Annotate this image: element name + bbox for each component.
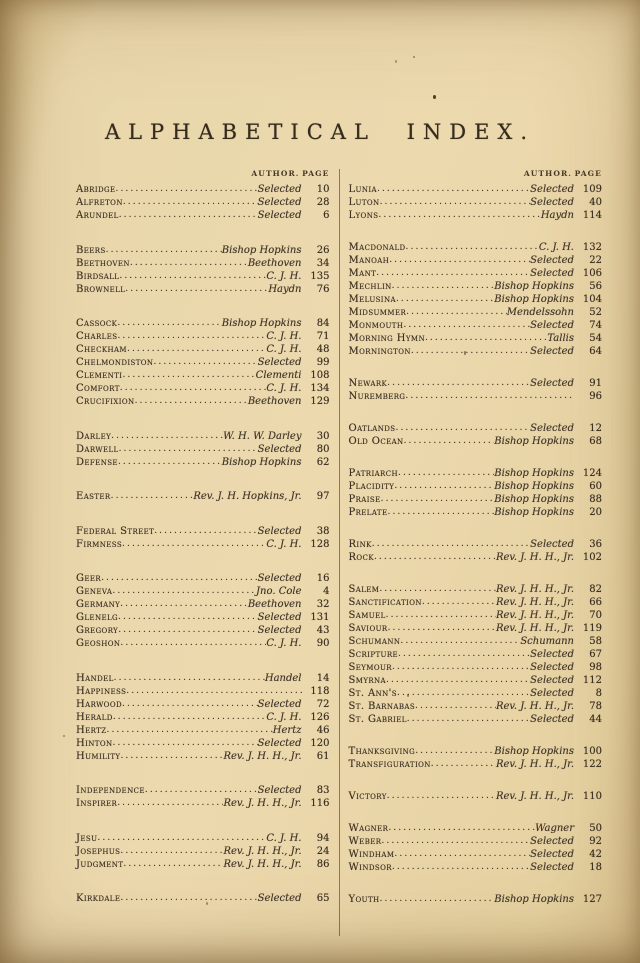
index-entry-row: ScriptureSelected67 <box>349 648 603 661</box>
author-name: Rev. J. H. H., Jr. <box>496 622 574 635</box>
author-name: Rev. J. H. H., Jr. <box>496 790 574 803</box>
tune-name: Youth <box>349 893 380 906</box>
tune-name: Salem <box>349 583 380 596</box>
index-entry-row: GeoshonC. J. H.90 <box>76 637 330 650</box>
tune-name: Rock <box>349 551 374 564</box>
tune-name: Patriarch <box>349 467 399 480</box>
author-name: Selected <box>530 861 574 874</box>
index-group: Federal StreetSelected38FirmnessC. J. H.… <box>76 525 330 551</box>
dot-leader <box>135 395 248 408</box>
dot-leader <box>120 382 267 395</box>
author-name: Selected <box>530 687 574 700</box>
index-entry-row: IndependenceSelected83 <box>76 784 330 797</box>
index-entry-row: SmyrnaSelected112 <box>349 674 603 687</box>
index-entry-row: MantSelected106 <box>349 267 603 280</box>
dot-leader <box>118 456 222 469</box>
tune-name: Happiness <box>76 685 126 698</box>
author-name: Selected <box>530 345 574 358</box>
index-entry-row: NewarkSelected91 <box>349 377 603 390</box>
author-name: Rev. J. H. H., Jr. <box>496 700 574 713</box>
dot-leader <box>101 572 258 585</box>
page-number: 20 <box>578 506 602 519</box>
index-entry-row: EasterRev. J. H. Hopkins, Jr.97 <box>76 490 330 503</box>
tune-name: Manoah <box>349 254 390 267</box>
tune-name: Melusina <box>349 293 396 306</box>
index-entry-row: SeymourSelected98 <box>349 661 603 674</box>
author-name: Schumann <box>520 635 574 648</box>
tune-name: Praise <box>349 493 381 506</box>
author-name: Selected <box>258 892 302 905</box>
dot-leader <box>394 480 494 493</box>
author-column-header: AUTHOR. <box>524 169 572 178</box>
page-number: 44 <box>578 713 602 726</box>
tune-name: Geneva <box>76 585 112 598</box>
dot-leader <box>386 674 530 687</box>
dot-leader <box>112 585 256 598</box>
tune-name: Weber <box>349 835 382 848</box>
index-group: YouthBishop Hopkins127 <box>349 893 603 906</box>
dot-leader <box>422 596 496 609</box>
scan-speck <box>413 56 415 58</box>
index-entry-row: BrownellHaydn76 <box>76 283 330 296</box>
tune-name: Arundel <box>76 209 119 222</box>
entry-groups: LuniaSelected109LutonSelected40LyonsHayd… <box>349 183 603 906</box>
index-entry-row: CrucifixionBeethoven129 <box>76 395 330 408</box>
tune-name: Brownell <box>76 283 125 296</box>
tune-name: Sanctification <box>349 596 422 609</box>
tune-name: Mechlin <box>349 280 392 293</box>
author-name: Selected <box>530 267 574 280</box>
dot-leader <box>113 711 267 724</box>
tune-name: Checkham <box>76 343 127 356</box>
tune-name: Schumann <box>349 635 401 648</box>
tune-name: Lunia <box>349 183 378 196</box>
page-number: 135 <box>306 270 330 283</box>
page-number: 97 <box>306 490 330 503</box>
index-entry-row: SchumannSchumann58 <box>349 635 603 648</box>
index-entry-row: HumilityRev. J. H. H., Jr.61 <box>76 750 330 763</box>
tune-name: Clementi <box>76 369 122 382</box>
page-number: 56 <box>578 280 602 293</box>
page-number: 58 <box>578 635 602 648</box>
dot-leader <box>153 356 257 369</box>
index-group: EasterRev. J. H. Hopkins, Jr.97 <box>76 490 330 503</box>
page-number: 40 <box>578 196 602 209</box>
index-group: DarleyW. H. W. Darley30DarwellSelected80… <box>76 430 330 469</box>
page-number: 24 <box>306 845 330 858</box>
page-number: 94 <box>306 832 330 845</box>
tune-name: Mornington <box>349 345 411 358</box>
dot-leader <box>116 183 258 196</box>
tune-name: Defense <box>76 456 118 469</box>
page-number: 76 <box>306 283 330 296</box>
author-name: Selected <box>258 183 302 196</box>
tune-name: Lyons <box>349 209 379 222</box>
tune-name: Federal Street <box>76 525 154 538</box>
index-entry-row: KirkdaleSelected65 <box>76 892 330 905</box>
dot-leader <box>406 241 539 254</box>
page-number: 109 <box>578 183 602 196</box>
dot-leader <box>119 443 258 456</box>
index-entry-row: GlenelgSelected131 <box>76 611 330 624</box>
index-entry-row: Federal StreetSelected38 <box>76 525 330 538</box>
index-entry-row: BeersBishop Hopkins26 <box>76 244 330 257</box>
entry-groups: AbridgeSelected10AlfretonSelected28Arund… <box>76 183 330 905</box>
author-name: Selected <box>530 648 574 661</box>
page-number: 42 <box>578 848 602 861</box>
page-number: 84 <box>306 317 330 330</box>
index-entry-row: SalemRev. J. H. H., Jr.82 <box>349 583 603 596</box>
tune-name: Transfiguration <box>349 758 431 771</box>
dot-leader <box>120 892 257 905</box>
index-entry-row: WindsorSelected18 <box>349 861 603 874</box>
dot-leader <box>119 270 266 283</box>
page-number: 114 <box>578 209 602 222</box>
dot-leader <box>120 637 266 650</box>
dot-leader <box>380 196 531 209</box>
dot-leader <box>407 713 530 726</box>
index-group: ThanksgivingBishop Hopkins100Transfigura… <box>349 745 603 771</box>
tune-name: Germany <box>76 598 120 611</box>
tune-name: Old Ocean <box>349 435 404 448</box>
page-number: 83 <box>306 784 330 797</box>
author-name: Rev. J. H. H., Jr. <box>496 551 574 564</box>
dot-leader <box>126 685 301 698</box>
index-entry-row: HarwoodSelected72 <box>76 698 330 711</box>
dot-leader <box>388 822 535 835</box>
page-number: 80 <box>306 443 330 456</box>
page-number: 126 <box>306 711 330 724</box>
index-entry-row: MorningtonSelected64 <box>349 345 603 358</box>
index-entry-row: BirdsallC. J. H.135 <box>76 270 330 283</box>
author-name: Rev. J. H. H., Jr. <box>223 750 301 763</box>
page-number: 38 <box>306 525 330 538</box>
author-name: Bishop Hopkins <box>222 456 302 469</box>
index-group: VictoryRev. J. H. H., Jr.110 <box>349 790 603 803</box>
tune-name: Victory <box>349 790 387 803</box>
author-name: Selected <box>258 572 302 585</box>
tune-name: Independence <box>76 784 145 797</box>
index-entry-row: MelusinaBishop Hopkins104 <box>349 293 603 306</box>
dot-leader <box>379 583 496 596</box>
index-entry-row: GermanyBeethoven32 <box>76 598 330 611</box>
index-entry-row: St. GabrielSelected44 <box>349 713 603 726</box>
author-name: Bishop Hopkins <box>494 506 574 519</box>
page-number: 131 <box>306 611 330 624</box>
tune-name: Windsor <box>349 861 392 874</box>
page-number: 66 <box>578 596 602 609</box>
dot-leader <box>386 609 496 622</box>
index-entry-row: TransfigurationRev. J. H. H., Jr.122 <box>349 758 603 771</box>
page-number: 8 <box>578 687 602 700</box>
tune-name: Scripture <box>349 648 399 661</box>
index-entry-row: GeerSelected16 <box>76 572 330 585</box>
author-name: C. J. H. <box>266 711 301 724</box>
author-name: C. J. H. <box>266 538 301 551</box>
tune-name: Humility <box>76 750 120 763</box>
tune-name: Birdsall <box>76 270 119 283</box>
tune-name: Nuremberg <box>349 390 406 403</box>
index-group: KirkdaleSelected65 <box>76 892 330 905</box>
author-name: Mendelssohn <box>507 306 574 319</box>
index-group: CassockBishop Hopkins84CharlesC. J. H.71… <box>76 317 330 408</box>
author-name: Wagner <box>535 822 574 835</box>
tune-name: Darley <box>76 430 111 443</box>
author-name: Beethoven <box>248 257 302 270</box>
dot-leader <box>389 254 530 267</box>
tune-name: Jesu <box>76 832 97 845</box>
index-entry-row: RinkSelected36 <box>349 538 603 551</box>
index-columns: AUTHOR. PAGE AbridgeSelected10AlfretonSe… <box>0 143 640 936</box>
author-name: C. J. H. <box>266 343 301 356</box>
index-entry-row: CheckhamC. J. H.48 <box>76 343 330 356</box>
dot-leader <box>392 861 530 874</box>
index-entry-row: PlacidityBishop Hopkins60 <box>349 480 603 493</box>
index-entry-row: VictoryRev. J. H. H., Jr.110 <box>349 790 603 803</box>
tune-name: Luton <box>349 196 380 209</box>
page-number: 26 <box>306 244 330 257</box>
index-entry-row: SamuelRev. J. H. H., Jr.70 <box>349 609 603 622</box>
author-name: Beethoven <box>248 395 302 408</box>
tune-name: Handel <box>76 672 114 685</box>
dot-leader <box>106 244 222 257</box>
dot-leader <box>130 257 248 270</box>
page-number: 71 <box>306 330 330 343</box>
author-name: Clementi <box>256 369 302 382</box>
page-number: 22 <box>578 254 602 267</box>
index-group: LuniaSelected109LutonSelected40LyonsHayd… <box>349 183 603 222</box>
author-name: Selected <box>258 784 302 797</box>
dot-leader <box>380 893 495 906</box>
page-number: 119 <box>578 622 602 635</box>
dot-leader <box>374 551 496 564</box>
author-name: Selected <box>530 538 574 551</box>
page-number: 118 <box>306 685 330 698</box>
index-group: NewarkSelected91Nuremberg96 <box>349 377 603 403</box>
page-number: 106 <box>578 267 602 280</box>
page-number: 112 <box>578 674 602 687</box>
page-number: 14 <box>306 672 330 685</box>
page-number: 98 <box>578 661 602 674</box>
page-number: 62 <box>306 456 330 469</box>
index-entry-row: ChelmondistonSelected99 <box>76 356 330 369</box>
dot-leader <box>122 698 258 711</box>
page-number: 88 <box>578 493 602 506</box>
index-entry-row: HintonSelected120 <box>76 737 330 750</box>
index-entry-row: JosephusRev. J. H. H., Jr.24 <box>76 845 330 858</box>
author-name: Bishop Hopkins <box>494 745 574 758</box>
dot-leader <box>145 784 258 797</box>
dot-leader <box>119 209 258 222</box>
dot-leader <box>123 196 258 209</box>
dot-leader <box>113 737 258 750</box>
dot-leader <box>117 797 223 810</box>
page-number: 10 <box>306 183 330 196</box>
page-number: 18 <box>578 861 602 874</box>
dot-leader <box>388 622 496 635</box>
page-number: 54 <box>578 332 602 345</box>
author-name: Selected <box>258 209 302 222</box>
dot-leader <box>396 293 494 306</box>
dot-leader <box>120 750 223 763</box>
tune-name: Rink <box>349 538 372 551</box>
page-number: 91 <box>578 377 602 390</box>
dot-leader <box>118 611 258 624</box>
dot-leader <box>118 624 257 637</box>
index-entry-row: CharlesC. J. H.71 <box>76 330 330 343</box>
index-entry-row: ClementiClementi108 <box>76 369 330 382</box>
author-name: Selected <box>258 611 302 624</box>
tune-name: Wagner <box>349 822 389 835</box>
author-name: Selected <box>258 624 302 637</box>
author-name: Bishop Hopkins <box>494 293 574 306</box>
dot-leader <box>376 267 530 280</box>
tune-name: Seymour <box>349 661 392 674</box>
page-number: 65 <box>306 892 330 905</box>
author-name: C. J. H. <box>266 382 301 395</box>
dot-leader <box>111 430 223 443</box>
page-number: 72 <box>306 698 330 711</box>
page-number: 6 <box>306 209 330 222</box>
tune-name: Midsummer <box>349 306 407 319</box>
page-number: 50 <box>578 822 602 835</box>
author-name: Haydn <box>541 209 574 222</box>
tune-name: Morning Hymn <box>349 332 425 345</box>
page-number: 104 <box>578 293 602 306</box>
tune-name: Harwood <box>76 698 122 711</box>
author-name: Jno. Cole <box>256 585 301 598</box>
author-name: C. J. H. <box>266 832 301 845</box>
dot-leader <box>395 422 530 435</box>
scan-speck <box>63 735 65 737</box>
page-number: 74 <box>578 319 602 332</box>
author-name: Selected <box>530 674 574 687</box>
tune-name: Comfort <box>76 382 120 395</box>
page-number: 102 <box>578 551 602 564</box>
index-column-left: AUTHOR. PAGE AbridgeSelected10AlfretonSe… <box>76 169 339 936</box>
index-group: BeersBishop Hopkins26BeethovenBeethoven3… <box>76 244 330 296</box>
tune-name: St. Gabriel <box>349 713 407 726</box>
tune-name: Inspirer <box>76 797 117 810</box>
index-group: OatlandsSelected12Old OceanBishop Hopkin… <box>349 422 603 448</box>
page-number: 30 <box>306 430 330 443</box>
index-entry-row: PrelateBishop Hopkins20 <box>349 506 603 519</box>
dot-leader <box>107 724 273 737</box>
author-name: Selected <box>530 319 574 332</box>
page-number: 120 <box>306 737 330 750</box>
dot-leader <box>394 848 530 861</box>
dot-leader <box>398 648 530 661</box>
page-number: 78 <box>578 700 602 713</box>
tune-name: Mant <box>349 267 377 280</box>
dot-leader <box>415 700 496 713</box>
tune-name: Prelate <box>349 506 388 519</box>
index-entry-row: FirmnessC. J. H.128 <box>76 538 330 551</box>
author-name: Rev. J. H. H., Jr. <box>223 797 301 810</box>
index-entry-row: Happiness118 <box>76 685 330 698</box>
tune-name: Beethoven <box>76 257 130 270</box>
index-group: GeerSelected16GenevaJno. Cole4GermanyBee… <box>76 572 330 650</box>
index-entry-row: GenevaJno. Cole4 <box>76 585 330 598</box>
author-name: C. J. H. <box>266 637 301 650</box>
dot-leader <box>388 506 495 519</box>
index-entry-row: OatlandsSelected12 <box>349 422 603 435</box>
tune-name: Gregory <box>76 624 118 637</box>
page-number: 43 <box>306 624 330 637</box>
page-number: 48 <box>306 343 330 356</box>
dot-leader <box>400 635 520 648</box>
page-number: 67 <box>578 648 602 661</box>
index-entry-row: SanctificationRev. J. H. H., Jr.66 <box>349 596 603 609</box>
tune-name: Alfreton <box>76 196 123 209</box>
dot-leader <box>117 330 266 343</box>
dot-leader <box>377 183 530 196</box>
dot-leader <box>378 209 540 222</box>
index-entry-row: HertzHertz46 <box>76 724 330 737</box>
page-number: 132 <box>578 241 602 254</box>
index-entry-row: St. Ann'sSelected8 <box>349 687 603 700</box>
index-entry-row: YouthBishop Hopkins127 <box>349 893 603 906</box>
index-entry-row: SaviourRev. J. H. H., Jr.119 <box>349 622 603 635</box>
author-name: Rev. J. H. H., Jr. <box>223 858 301 871</box>
index-entry-row: DefenseBishop Hopkins62 <box>76 456 330 469</box>
tune-name: St. Barnabas <box>349 700 416 713</box>
author-name: Bishop Hopkins <box>494 493 574 506</box>
index-entry-row: RockRev. J. H. H., Jr.102 <box>349 551 603 564</box>
tune-name: Firmness <box>76 538 122 551</box>
index-entry-row: HandelHandel14 <box>76 672 330 685</box>
author-name: Tallis <box>547 332 574 345</box>
index-entry-row: Nuremberg96 <box>349 390 603 403</box>
index-entry-row: AlfretonSelected28 <box>76 196 330 209</box>
tune-name: Judgment <box>76 858 123 871</box>
dot-leader <box>111 490 194 503</box>
index-entry-row: AbridgeSelected10 <box>76 183 330 196</box>
index-group: SalemRev. J. H. H., Jr.82SanctificationR… <box>349 583 603 726</box>
scan-speck <box>433 95 436 99</box>
author-name: Selected <box>530 835 574 848</box>
author-name: Rev. J. H. H., Jr. <box>496 609 574 622</box>
tune-name: Oatlands <box>349 422 396 435</box>
page-number: 68 <box>578 435 602 448</box>
dot-leader <box>398 467 494 480</box>
page-column-header: PAGE <box>574 169 602 178</box>
page-number: 52 <box>578 306 602 319</box>
index-entry-row: JudgmentRev. J. H. H., Jr.86 <box>76 858 330 871</box>
author-name: Selected <box>258 737 302 750</box>
page-number: 34 <box>306 257 330 270</box>
author-name: Bishop Hopkins <box>222 244 302 257</box>
author-name: Bishop Hopkins <box>494 893 574 906</box>
index-entry-row: InspirerRev. J. H. H., Jr.116 <box>76 797 330 810</box>
dot-leader <box>120 598 248 611</box>
author-name: Bishop Hopkins <box>494 467 574 480</box>
tune-name: Smyrna <box>349 674 387 687</box>
index-entry-row: WeberSelected92 <box>349 835 603 848</box>
page-number: 12 <box>578 422 602 435</box>
page-number: 28 <box>306 196 330 209</box>
page-number: 100 <box>578 745 602 758</box>
dot-leader <box>97 832 266 845</box>
dot-leader <box>114 672 265 685</box>
dot-leader <box>405 390 574 403</box>
author-name: Rev. J. H. H., Jr. <box>496 758 574 771</box>
index-entry-row: DarleyW. H. W. Darley30 <box>76 430 330 443</box>
author-name: W. H. W. Darley <box>223 430 301 443</box>
author-name: Bishop Hopkins <box>494 435 574 448</box>
page-column-header: PAGE <box>302 169 330 178</box>
index-entry-row: WagnerWagner50 <box>349 822 603 835</box>
